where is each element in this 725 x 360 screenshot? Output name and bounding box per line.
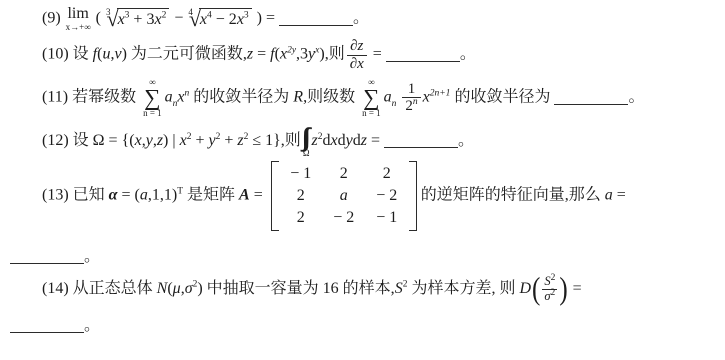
math-variable: x: [357, 56, 364, 72]
matrix-grid: − 1222a− 22− 2− 1: [279, 161, 409, 231]
integral-domain: Ω: [303, 149, 310, 158]
matrix-cell: 2: [288, 208, 314, 228]
answer-blank: [386, 49, 460, 62]
math-text: 。: [84, 248, 100, 265]
superscript: 2n+1: [430, 88, 451, 98]
math-text: 从正态总体: [73, 280, 157, 297]
question-number: (11): [42, 89, 72, 106]
summation-operator: ∞∑n = 1: [143, 78, 162, 118]
math-text: 。: [458, 132, 474, 149]
math-text: − 2: [212, 11, 237, 28]
math-text: − 1: [290, 165, 311, 182]
answer-blank: [384, 135, 458, 148]
superscript: 2y: [287, 45, 296, 55]
math-variable: x: [180, 132, 187, 149]
math-text: =: [369, 46, 386, 63]
question-number: (13): [42, 187, 73, 204]
math-text: 。: [460, 46, 476, 63]
radicand: x3 + 3x2: [117, 8, 170, 30]
math-text: ,则级数: [303, 89, 359, 106]
question-12: (12) 设 Ω = {(x,y,z) | x2 + y2 + z2 ≤ 1},…: [10, 125, 721, 158]
math-text: 2: [297, 187, 305, 204]
math-variable: a: [384, 89, 392, 106]
math-text: ) |: [163, 132, 180, 149]
radical: 3√x3 + 3x2: [106, 8, 169, 30]
fraction: 12n: [402, 81, 420, 115]
math-variable: x: [135, 132, 142, 149]
triple-integral: ∫∫∫Ω: [303, 125, 310, 158]
integral-symbols: ∫∫∫: [304, 125, 309, 150]
math-text: ) =: [253, 10, 279, 27]
math-text: =: [250, 187, 267, 204]
matrix-cell: − 1: [374, 208, 400, 228]
answer-blank: [10, 320, 84, 333]
matrix-cell: − 2: [374, 186, 400, 206]
math-text: + 3: [129, 11, 154, 28]
math-text: =: [613, 187, 626, 204]
math-text: 的逆矩阵的特征向量,那么: [421, 187, 605, 204]
fraction-denominator: σ2: [542, 289, 557, 304]
question-number: (12): [42, 132, 73, 149]
math-text: ),则: [319, 46, 344, 63]
matrix-right-bracket: [409, 161, 417, 231]
math-variable: x: [280, 46, 287, 63]
question-13-answer-line: 。: [10, 247, 721, 267]
sum-lower-limit: n = 1: [362, 109, 381, 118]
math-variable: x: [237, 11, 244, 28]
math-text: ) 为二元可微函数,: [122, 46, 247, 63]
math-text: 。: [628, 89, 644, 106]
math-variable: y: [208, 132, 215, 149]
math-text: =: [367, 132, 384, 149]
math-text: 2: [340, 165, 348, 182]
exam-question-list: (9) limx→+∞ ( 3√x3 + 3x2 − 4√x4 − 2x3 ) …: [0, 0, 725, 336]
fraction-denominator: ∂x: [347, 55, 367, 73]
math-variable: v: [114, 46, 121, 63]
math-text: 2: [297, 209, 305, 226]
sigma-symbol: ∑: [144, 87, 160, 109]
math-variable: x: [331, 132, 338, 149]
math-text: 的收敛半径为: [450, 89, 554, 106]
question-number: (9): [42, 10, 65, 27]
math-text: 。: [353, 10, 369, 27]
math-text: d: [323, 132, 331, 149]
math-text: d: [338, 132, 346, 149]
math-variable: μ: [173, 280, 181, 297]
matrix: − 1222a− 22− 2− 1: [271, 161, 417, 231]
fraction-numerator: ∂z: [347, 38, 366, 55]
math-text: 设: [73, 46, 93, 63]
paren-body: S2σ2: [540, 275, 559, 304]
limit-subscript: x→+∞: [66, 23, 91, 32]
math-text: =: [569, 280, 582, 297]
math-text: 1: [408, 81, 416, 97]
math-variable: S: [395, 280, 403, 297]
math-text: ∂: [350, 56, 357, 72]
superscript: 3: [244, 11, 249, 21]
math-variable: x: [154, 11, 161, 28]
superscript: 2: [162, 11, 167, 21]
superscript: n: [413, 97, 418, 107]
math-variable: R: [293, 89, 303, 106]
limit-label: lim: [67, 6, 88, 22]
math-variable: x: [118, 11, 125, 28]
document-page: { "document": { "type": "math-exam-fill-…: [0, 0, 725, 360]
math-variable: y: [146, 132, 153, 149]
left-paren-icon: (: [532, 273, 540, 304]
answer-blank: [554, 92, 628, 105]
question-14-answer-line: 。: [10, 316, 721, 336]
math-text: − 2: [333, 209, 354, 226]
answer-blank: [279, 13, 353, 26]
math-variable: D: [519, 280, 531, 297]
math-text: −: [170, 10, 187, 27]
math-variable: x: [177, 89, 184, 106]
math-variable: a: [605, 187, 613, 204]
math-text: ,1,1): [148, 187, 177, 204]
big-parentheses: (S2σ2): [532, 275, 568, 304]
math-text: ∂: [350, 38, 357, 54]
fraction: ∂z∂x: [347, 38, 367, 72]
math-variable: α: [109, 187, 118, 204]
math-variable: a: [165, 89, 173, 106]
math-text: ) 中抽取一容量为 16 的样本,: [197, 280, 394, 297]
matrix-cell: 2: [374, 164, 400, 184]
fraction-denominator: 2n: [402, 97, 420, 115]
matrix-cell: a: [331, 186, 357, 206]
math-text: 为样本方差, 则: [407, 280, 519, 297]
question-number: (10): [42, 46, 73, 63]
radicand: x4 − 2x3: [199, 8, 252, 30]
right-paren-icon: ): [559, 273, 567, 304]
math-text: ,3: [296, 46, 308, 63]
math-text: 若幂级数: [72, 89, 140, 106]
math-text: 设 Ω = {(: [73, 132, 135, 149]
summation-operator: ∞∑n = 1: [362, 78, 381, 118]
math-text: − 2: [376, 187, 397, 204]
radical: 4√x4 − 2x3: [188, 8, 251, 30]
math-text: (: [92, 10, 105, 27]
question-13: (13) 已知 α = (a,1,1)T 是矩阵 A = − 1222a− 22…: [10, 161, 721, 231]
fraction-numerator: 1: [405, 81, 419, 98]
math-text: ≤ 1},则: [248, 132, 300, 149]
question-11: (11) 若幂级数 ∞∑n = 1anxn 的收敛半径为 R,则级数 ∞∑n =…: [10, 78, 721, 118]
math-variable: x: [200, 11, 207, 28]
math-variable: z: [358, 38, 364, 54]
math-text: d: [353, 132, 361, 149]
math-variable: a: [140, 187, 148, 204]
question-10: (10) 设 f(u,v) 为二元可微函数,z = f(x2y,3yx),则∂z…: [10, 38, 721, 72]
math-text: =: [253, 46, 270, 63]
fraction: S2σ2: [542, 275, 557, 304]
math-text: 已知: [73, 187, 109, 204]
question-9: (9) limx→+∞ ( 3√x3 + 3x2 − 4√x4 − 2x3 ) …: [10, 6, 721, 32]
math-text: [396, 89, 400, 106]
answer-blank: [10, 251, 84, 264]
matrix-cell: 2: [331, 164, 357, 184]
superscript: 2: [551, 287, 556, 297]
limit-operator: limx→+∞: [66, 6, 91, 32]
matrix-cell: − 1: [288, 164, 314, 184]
matrix-left-bracket: [271, 161, 279, 231]
question-number: (14): [42, 280, 73, 297]
math-variable: σ: [185, 280, 193, 297]
math-text: +: [220, 132, 237, 149]
sum-lower-limit: n = 1: [143, 109, 162, 118]
superscript: 2: [551, 273, 556, 283]
math-text: 。: [84, 317, 100, 334]
math-text: 2: [383, 165, 391, 182]
sigma-symbol: ∑: [363, 87, 379, 109]
math-variable: A: [239, 187, 250, 204]
math-text: = (: [118, 187, 140, 204]
math-text: 是矩阵: [183, 187, 239, 204]
math-variable: y: [346, 132, 353, 149]
math-variable: x: [423, 89, 430, 106]
matrix-cell: − 2: [331, 208, 357, 228]
question-14: (14) 从正态总体 N(μ,σ2) 中抽取一容量为 16 的样本,S2 为样本…: [10, 275, 721, 304]
math-variable: N: [157, 280, 168, 297]
integral-sign: ∫: [302, 125, 309, 150]
math-text: +: [191, 132, 208, 149]
math-variable: a: [340, 187, 348, 204]
math-text: 的收敛半径为: [189, 89, 293, 106]
math-text: − 1: [376, 209, 397, 226]
matrix-cell: 2: [288, 186, 314, 206]
math-text: 2: [405, 98, 413, 114]
